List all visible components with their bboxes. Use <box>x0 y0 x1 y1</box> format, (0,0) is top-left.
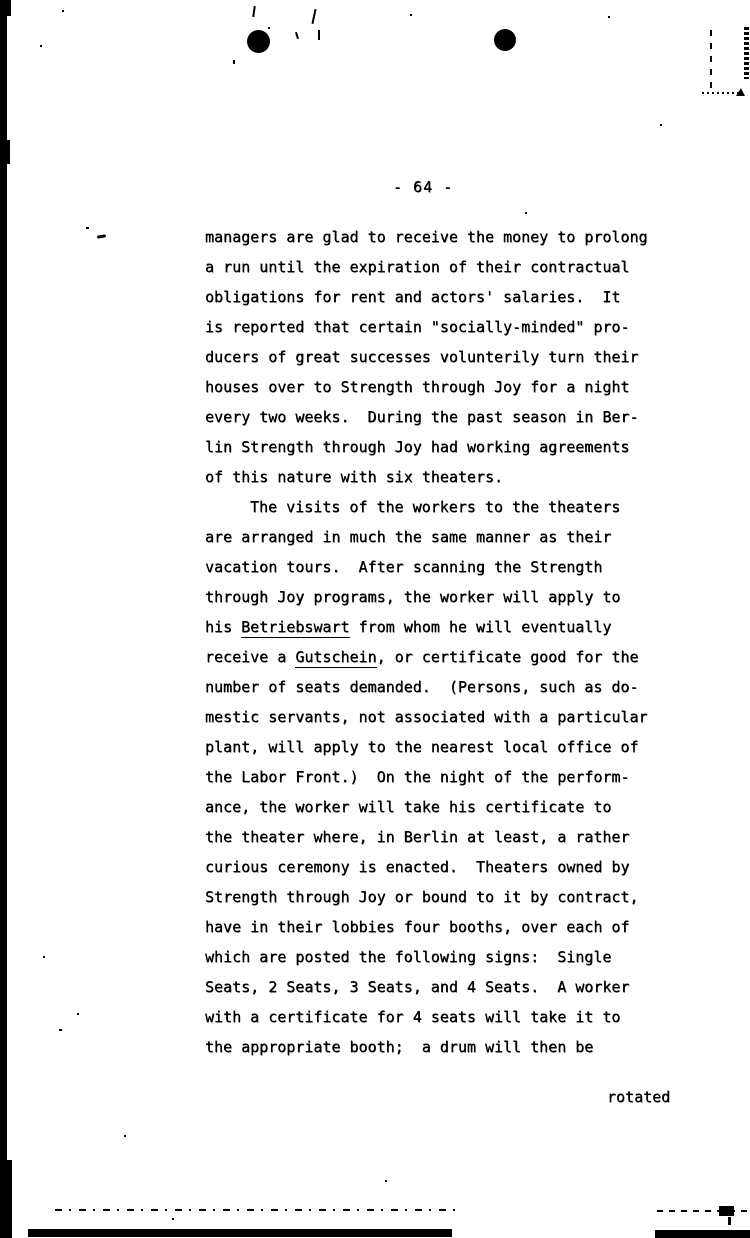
text-line: a run until the expiration of their cont… <box>205 252 665 282</box>
text-segment: , or certificate good for the <box>377 648 639 666</box>
text-line: receive a Gutschein, or certificate good… <box>205 642 665 672</box>
text-segment: lin Strength through Joy had working agr… <box>205 438 629 456</box>
text-line: Strength through Joy or bound to it by c… <box>205 882 665 912</box>
scan-speck <box>59 1029 62 1031</box>
text-segment: with a certificate for 4 seats will take… <box>205 1008 620 1026</box>
text-line: The visits of the workers to the theater… <box>205 492 665 522</box>
scan-speck <box>252 6 256 17</box>
scan-bottom-bar <box>655 1230 750 1238</box>
scan-edge-strip <box>0 0 7 1238</box>
scan-edge-notch <box>0 1160 12 1238</box>
text-line: managers are glad to receive the money t… <box>205 222 665 252</box>
text-segment: The visits of the workers to the theater… <box>250 498 620 516</box>
scan-mark-blob <box>728 1217 731 1225</box>
scan-speck <box>172 1218 174 1220</box>
text-segment: ance, the worker will take his certifica… <box>205 798 611 816</box>
text-line: which are posted the following signs: Si… <box>205 942 665 972</box>
text-segment: a run until the expiration of their cont… <box>205 258 629 276</box>
scan-speck <box>295 32 299 39</box>
text-segment: from whom he will eventually <box>350 618 612 636</box>
text-line: every two weeks. During the past season … <box>205 402 665 432</box>
text-line: with a certificate for 4 seats will take… <box>205 1002 665 1032</box>
scan-speck <box>86 227 89 229</box>
text-line: lin Strength through Joy had working agr… <box>205 432 665 462</box>
text-line: of this nature with six theaters. <box>205 462 665 492</box>
text-segment: is reported that certain "socially-minde… <box>205 318 629 336</box>
text-line: are arranged in much the same manner as … <box>205 522 665 552</box>
text-segment: through Joy programs, the worker will ap… <box>205 588 620 606</box>
text-line: plant, will apply to the nearest local o… <box>205 732 665 762</box>
text-line: his Betriebswart from whom he will event… <box>205 612 665 642</box>
text-segment: the appropriate booth; a drum will then … <box>205 1038 593 1056</box>
scan-speck <box>311 9 316 24</box>
scan-speck <box>410 14 412 16</box>
text-segment: of this nature with six theaters. <box>205 468 503 486</box>
text-segment: number of seats demanded. (Persons, such… <box>205 678 638 696</box>
punch-hole-right <box>494 29 516 51</box>
scan-mark-dotted-line <box>702 92 742 94</box>
text-segment: Strength through Joy or bound to it by c… <box>205 888 638 906</box>
text-line: vacation tours. After scanning the Stren… <box>205 552 665 582</box>
text-line: the theater where, in Berlin at least, a… <box>205 822 665 852</box>
text-segment: the theater where, in Berlin at least, a… <box>205 828 629 846</box>
text-line: ance, the worker will take his certifica… <box>205 792 665 822</box>
text-line: mestic servants, not associated with a p… <box>205 702 665 732</box>
scan-speck <box>385 1180 387 1182</box>
text-segment: which are posted the following signs: Si… <box>205 948 611 966</box>
text-segment: vacation tours. After scanning the Stren… <box>205 558 602 576</box>
scan-speck <box>233 60 235 64</box>
scan-speck <box>608 16 610 18</box>
text-line: is reported that certain "socially-minde… <box>205 312 665 342</box>
scan-speck <box>268 27 270 29</box>
scan-speck <box>525 212 527 214</box>
scan-speck <box>660 124 662 126</box>
text-line: curious ceremony is enacted. Theaters ow… <box>205 852 665 882</box>
text-line: the appropriate booth; a drum will then … <box>205 1032 665 1062</box>
scan-speck <box>124 1135 126 1137</box>
text-segment: plant, will apply to the nearest local o… <box>205 738 638 756</box>
scan-mark-edge-glyphs <box>744 27 749 79</box>
text-segment: ducers of great successes volunterily tu… <box>205 348 638 366</box>
text-line: the Labor Front.) On the night of the pe… <box>205 762 665 792</box>
underlined-term: Gutschein <box>295 648 376 668</box>
text-segment: houses over to Strength through Joy for … <box>205 378 629 396</box>
punch-hole-left <box>247 30 270 53</box>
text-line: through Joy programs, the worker will ap… <box>205 582 665 612</box>
scan-speck <box>97 234 106 239</box>
scan-mark-blob <box>719 1206 734 1216</box>
text-line: ducers of great successes volunterily tu… <box>205 342 665 372</box>
text-segment: the Labor Front.) On the night of the pe… <box>205 768 629 786</box>
page-number: - 64 - <box>393 178 453 196</box>
scan-speck <box>77 1013 79 1015</box>
scan-edge-notch <box>0 140 10 164</box>
text-segment: have in their lobbies four booths, over … <box>205 918 629 936</box>
text-segment: curious ceremony is enacted. Theaters ow… <box>205 858 629 876</box>
scan-speck <box>318 30 320 40</box>
page-text: managers are glad to receive the money t… <box>205 222 665 1062</box>
text-segment: receive a <box>205 648 295 666</box>
scan-speck <box>43 956 45 958</box>
scan-speck <box>62 10 64 12</box>
text-line: number of seats demanded. (Persons, such… <box>205 672 665 702</box>
text-segment: are arranged in much the same manner as … <box>205 528 611 546</box>
scan-edge-notch <box>0 0 11 16</box>
text-line: Seats, 2 Seats, 3 Seats, and 4 Seats. A … <box>205 972 665 1002</box>
text-line: have in their lobbies four booths, over … <box>205 912 665 942</box>
text-segment: his <box>205 618 241 636</box>
text-segment: Seats, 2 Seats, 3 Seats, and 4 Seats. A … <box>205 978 629 996</box>
scan-mark-vertical-dashes <box>710 30 712 92</box>
text-segment: mestic servants, not associated with a p… <box>205 708 648 726</box>
text-segment: obligations for rent and actors' salarie… <box>205 288 620 306</box>
scan-speck <box>40 45 42 47</box>
scan-bottom-bar <box>28 1229 452 1237</box>
scan-bottom-dashed-line <box>55 1209 455 1211</box>
text-line: obligations for rent and actors' salarie… <box>205 282 665 312</box>
text-line: houses over to Strength through Joy for … <box>205 372 665 402</box>
underlined-term: Betriebswart <box>241 618 349 638</box>
text-segment: managers are glad to receive the money t… <box>205 228 648 246</box>
rotated-note: rotated <box>607 1088 670 1106</box>
text-segment: every two weeks. During the past season … <box>205 408 638 426</box>
